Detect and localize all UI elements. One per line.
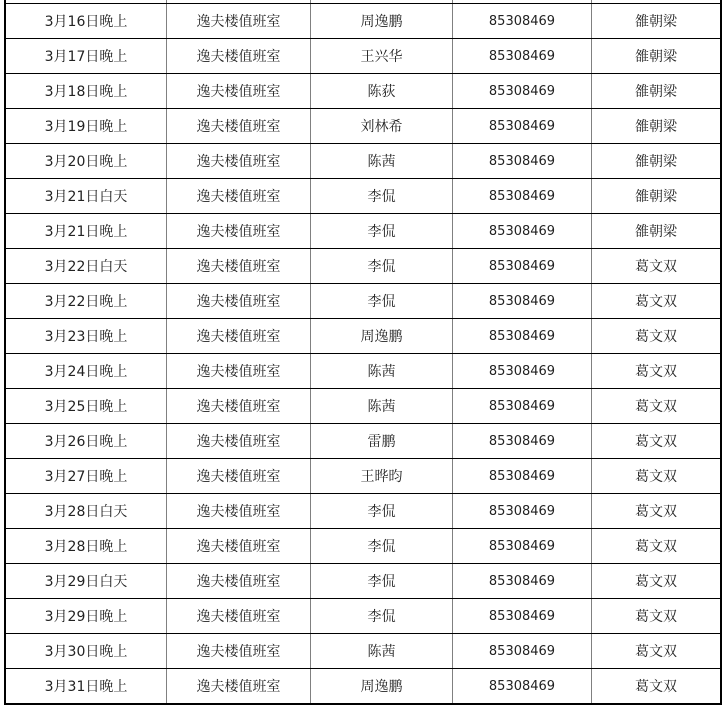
location-cell: 逸夫楼值班室 (167, 634, 311, 669)
table-row: 3月22日晚上逸夫楼值班室李侃85308469葛文双 (5, 284, 721, 319)
location-cell: 逸夫楼值班室 (167, 494, 311, 529)
supervisor-cell: 葛文双 (592, 599, 722, 634)
location-cell: 逸夫楼值班室 (167, 39, 311, 74)
table-row: 3月19日晚上逸夫楼值班室刘林希85308469雒朝梁 (5, 109, 721, 144)
duty-date-cell: 3月18日晚上 (5, 74, 167, 109)
duty-date-cell: 3月21日晚上 (5, 214, 167, 249)
table-row: 3月16日晚上逸夫楼值班室周逸鹏85308469雒朝梁 (5, 4, 721, 39)
supervisor-cell: 雒朝梁 (592, 74, 722, 109)
supervisor-cell: 葛文双 (592, 669, 722, 705)
table-row: 3月22日白天逸夫楼值班室李侃85308469葛文双 (5, 249, 721, 284)
duty-roster-table: 3月16日晚上逸夫楼值班室周逸鹏85308469雒朝梁3月17日晚上逸夫楼值班室… (4, 0, 722, 705)
supervisor-cell: 雒朝梁 (592, 39, 722, 74)
duty-date-cell: 3月23日晚上 (5, 319, 167, 354)
supervisor-cell: 葛文双 (592, 459, 722, 494)
table-row: 3月21日白天逸夫楼值班室李侃85308469雒朝梁 (5, 179, 721, 214)
supervisor-cell: 雒朝梁 (592, 4, 722, 39)
duty-person-cell: 李侃 (311, 179, 453, 214)
duty-date-cell: 3月29日晚上 (5, 599, 167, 634)
duty-date-cell: 3月29日白天 (5, 564, 167, 599)
table-row: 3月20日晚上逸夫楼值班室陈茜85308469雒朝梁 (5, 144, 721, 179)
phone-cell: 85308469 (453, 529, 592, 564)
duty-person-cell: 陈茜 (311, 144, 453, 179)
duty-date-cell: 3月17日晚上 (5, 39, 167, 74)
duty-date-cell: 3月30日晚上 (5, 634, 167, 669)
duty-person-cell: 王晔昀 (311, 459, 453, 494)
table-row: 3月23日晚上逸夫楼值班室周逸鹏85308469葛文双 (5, 319, 721, 354)
supervisor-cell: 雒朝梁 (592, 109, 722, 144)
duty-person-cell: 雷鹏 (311, 424, 453, 459)
table-row: 3月18日晚上逸夫楼值班室陈荻85308469雒朝梁 (5, 74, 721, 109)
duty-person-cell: 周逸鹏 (311, 319, 453, 354)
location-cell: 逸夫楼值班室 (167, 424, 311, 459)
location-cell: 逸夫楼值班室 (167, 144, 311, 179)
duty-date-cell: 3月28日晚上 (5, 529, 167, 564)
duty-person-cell: 陈茜 (311, 389, 453, 424)
location-cell: 逸夫楼值班室 (167, 4, 311, 39)
location-cell: 逸夫楼值班室 (167, 249, 311, 284)
duty-person-cell: 周逸鹏 (311, 4, 453, 39)
duty-date-cell: 3月21日白天 (5, 179, 167, 214)
duty-person-cell: 陈荻 (311, 74, 453, 109)
table-row: 3月29日白天逸夫楼值班室李侃85308469葛文双 (5, 564, 721, 599)
location-cell: 逸夫楼值班室 (167, 459, 311, 494)
duty-person-cell: 陈茜 (311, 354, 453, 389)
table-row: 3月28日晚上逸夫楼值班室李侃85308469葛文双 (5, 529, 721, 564)
duty-person-cell: 李侃 (311, 284, 453, 319)
phone-cell: 85308469 (453, 634, 592, 669)
duty-date-cell: 3月28日白天 (5, 494, 167, 529)
phone-cell: 85308469 (453, 179, 592, 214)
duty-date-cell: 3月24日晚上 (5, 354, 167, 389)
table-row: 3月17日晚上逸夫楼值班室王兴华85308469雒朝梁 (5, 39, 721, 74)
location-cell: 逸夫楼值班室 (167, 389, 311, 424)
phone-cell: 85308469 (453, 284, 592, 319)
location-cell: 逸夫楼值班室 (167, 284, 311, 319)
supervisor-cell: 葛文双 (592, 249, 722, 284)
phone-cell: 85308469 (453, 144, 592, 179)
duty-date-cell: 3月16日晚上 (5, 4, 167, 39)
supervisor-cell: 葛文双 (592, 634, 722, 669)
phone-cell: 85308469 (453, 424, 592, 459)
supervisor-cell: 葛文双 (592, 354, 722, 389)
phone-cell: 85308469 (453, 39, 592, 74)
table-row: 3月28日白天逸夫楼值班室李侃85308469葛文双 (5, 494, 721, 529)
phone-cell: 85308469 (453, 74, 592, 109)
location-cell: 逸夫楼值班室 (167, 179, 311, 214)
phone-cell: 85308469 (453, 669, 592, 705)
location-cell: 逸夫楼值班室 (167, 109, 311, 144)
location-cell: 逸夫楼值班室 (167, 564, 311, 599)
location-cell: 逸夫楼值班室 (167, 529, 311, 564)
phone-cell: 85308469 (453, 494, 592, 529)
duty-person-cell: 李侃 (311, 214, 453, 249)
duty-person-cell: 刘林希 (311, 109, 453, 144)
table-row: 3月26日晚上逸夫楼值班室雷鹏85308469葛文双 (5, 424, 721, 459)
duty-date-cell: 3月20日晚上 (5, 144, 167, 179)
supervisor-cell: 葛文双 (592, 424, 722, 459)
duty-person-cell: 李侃 (311, 599, 453, 634)
phone-cell: 85308469 (453, 214, 592, 249)
location-cell: 逸夫楼值班室 (167, 319, 311, 354)
table-row: 3月31日晚上逸夫楼值班室周逸鹏85308469葛文双 (5, 669, 721, 705)
supervisor-cell: 葛文双 (592, 564, 722, 599)
duty-date-cell: 3月19日晚上 (5, 109, 167, 144)
location-cell: 逸夫楼值班室 (167, 354, 311, 389)
supervisor-cell: 雒朝梁 (592, 179, 722, 214)
supervisor-cell: 葛文双 (592, 494, 722, 529)
supervisor-cell: 雒朝梁 (592, 214, 722, 249)
duty-person-cell: 李侃 (311, 529, 453, 564)
duty-date-cell: 3月22日白天 (5, 249, 167, 284)
phone-cell: 85308469 (453, 389, 592, 424)
duty-person-cell: 陈茜 (311, 634, 453, 669)
duty-date-cell: 3月31日晚上 (5, 669, 167, 705)
duty-person-cell: 李侃 (311, 564, 453, 599)
duty-date-cell: 3月22日晚上 (5, 284, 167, 319)
phone-cell: 85308469 (453, 4, 592, 39)
supervisor-cell: 葛文双 (592, 284, 722, 319)
table-row: 3月30日晚上逸夫楼值班室陈茜85308469葛文双 (5, 634, 721, 669)
duty-person-cell: 周逸鹏 (311, 669, 453, 705)
location-cell: 逸夫楼值班室 (167, 74, 311, 109)
supervisor-cell: 葛文双 (592, 389, 722, 424)
table-row: 3月25日晚上逸夫楼值班室陈茜85308469葛文双 (5, 389, 721, 424)
table-row: 3月21日晚上逸夫楼值班室李侃85308469雒朝梁 (5, 214, 721, 249)
duty-date-cell: 3月27日晚上 (5, 459, 167, 494)
phone-cell: 85308469 (453, 319, 592, 354)
supervisor-cell: 葛文双 (592, 529, 722, 564)
phone-cell: 85308469 (453, 599, 592, 634)
location-cell: 逸夫楼值班室 (167, 599, 311, 634)
table-row: 3月27日晚上逸夫楼值班室王晔昀85308469葛文双 (5, 459, 721, 494)
supervisor-cell: 雒朝梁 (592, 144, 722, 179)
table-row: 3月24日晚上逸夫楼值班室陈茜85308469葛文双 (5, 354, 721, 389)
duty-date-cell: 3月25日晚上 (5, 389, 167, 424)
phone-cell: 85308469 (453, 354, 592, 389)
phone-cell: 85308469 (453, 459, 592, 494)
duty-person-cell: 李侃 (311, 494, 453, 529)
phone-cell: 85308469 (453, 564, 592, 599)
phone-cell: 85308469 (453, 109, 592, 144)
table-row: 3月29日晚上逸夫楼值班室李侃85308469葛文双 (5, 599, 721, 634)
duty-person-cell: 李侃 (311, 249, 453, 284)
phone-cell: 85308469 (453, 249, 592, 284)
duty-person-cell: 王兴华 (311, 39, 453, 74)
location-cell: 逸夫楼值班室 (167, 669, 311, 705)
duty-date-cell: 3月26日晚上 (5, 424, 167, 459)
location-cell: 逸夫楼值班室 (167, 214, 311, 249)
duty-roster-body: 3月16日晚上逸夫楼值班室周逸鹏85308469雒朝梁3月17日晚上逸夫楼值班室… (5, 0, 721, 704)
supervisor-cell: 葛文双 (592, 319, 722, 354)
